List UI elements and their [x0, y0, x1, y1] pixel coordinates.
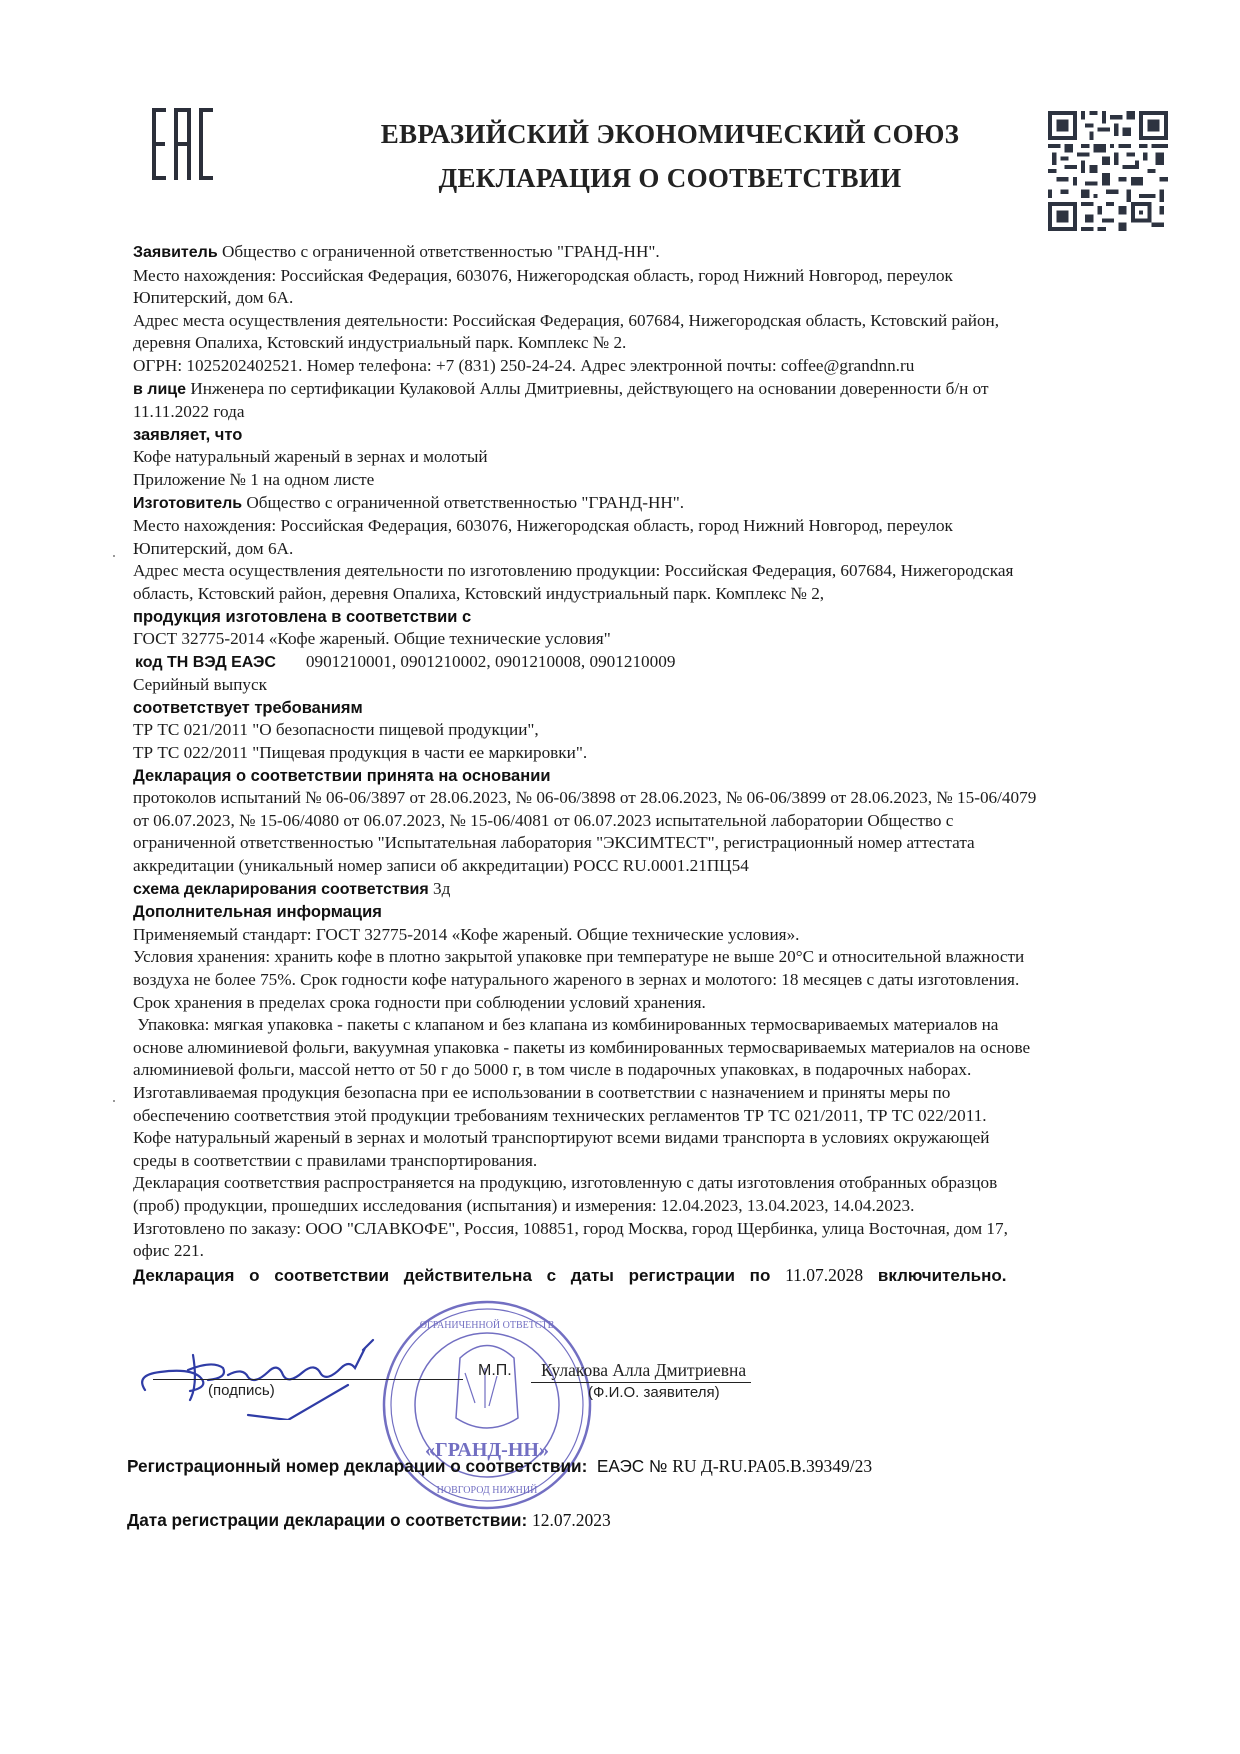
manufacturer-line: Изготовитель Общество с ограниченной отв…	[133, 492, 1203, 516]
represented-date: 11.11.2022 года	[133, 401, 1203, 424]
basis-line: ограниченной ответственностью "Испытател…	[133, 832, 1203, 855]
represented-line: в лице Инженера по сертификации Кулаково…	[133, 378, 1203, 402]
applicant-contacts: ОГРН: 1025202402521. Номер телефона: +7 …	[133, 355, 1203, 378]
document-title: ЕВРАЗИЙСКИЙ ЭКОНОМИЧЕСКИЙ СОЮЗ ДЕКЛАРАЦИ…	[300, 112, 1040, 200]
declares-label: заявляет, что	[133, 424, 1203, 447]
scan-speck	[113, 1100, 115, 1102]
appendix-note: Приложение № 1 на одном листе	[133, 469, 1203, 492]
requirement-item: ТР ТС 021/2011 "О безопасности пищевой п…	[133, 719, 1203, 742]
additional-line: Применяемый стандарт: ГОСТ 32775-2014 «К…	[133, 924, 1203, 947]
applicant-name: Общество с ограниченной ответственностью…	[222, 242, 660, 261]
applicant-activity-1: Адрес места осуществления деятельности: …	[133, 310, 1203, 333]
validity-statement: Декларация о соответствии действительна …	[133, 1265, 1203, 1286]
additional-line: обеспечению соответствия этой продукции …	[133, 1105, 1203, 1128]
additional-line: Кофе натуральный жареный в зернах и моло…	[133, 1127, 1203, 1150]
signatory-name: Кулакова Алла Дмитриевна	[531, 1360, 751, 1383]
eac-logo-icon	[152, 108, 214, 180]
product-name: Кофе натуральный жареный в зернах и моло…	[133, 446, 1203, 469]
manufacturer-location-2: Юпитерский, дом 6А.	[133, 538, 1203, 561]
registration-date-value: 12.07.2023	[532, 1510, 611, 1530]
validity-prefix: Декларация о соответствии действительна …	[133, 1266, 770, 1285]
manufacturer-production-1: Адрес места осуществления деятельности п…	[133, 560, 1203, 583]
additional-line: Изготавливаемая продукция безопасна при …	[133, 1082, 1203, 1105]
additional-line: Изготовлено по заказу: ООО "СЛАВКОФЕ", Р…	[133, 1218, 1203, 1241]
applicant-label: Заявитель	[133, 244, 218, 261]
additional-line: основе алюминиевой фольги, вакуумная упа…	[133, 1037, 1203, 1060]
additional-line: алюминиевой фольги, массой нетто от 50 г…	[133, 1059, 1203, 1082]
applicant-activity-2: деревня Опалиха, Кстовский индустриальны…	[133, 332, 1203, 355]
declaration-body: Заявитель Общество с ограниченной ответс…	[133, 241, 1203, 1286]
tn-ved-label: код ТН ВЭД ЕАЭС	[135, 652, 276, 675]
manufacturer-production-2: область, Кстовский район, деревня Опалих…	[133, 583, 1203, 606]
signature-line	[153, 1379, 463, 1380]
additional-line: офис 221.	[133, 1240, 1203, 1263]
registration-date-label: Дата регистрации декларации о соответств…	[127, 1510, 527, 1530]
registration-number-prefix: ЕАЭС №	[597, 1456, 668, 1476]
scheme-value: 3д	[433, 879, 450, 898]
represented-label: в лице	[133, 381, 186, 398]
manufacturer-name: Общество с ограниченной ответственностью…	[246, 493, 684, 512]
additional-line: воздуха не более 75%. Срок годности кофе…	[133, 969, 1203, 992]
registration-number-label: Регистрационный номер декларации о соотв…	[127, 1456, 587, 1476]
represented-text: Инженера по сертификации Кулаковой Аллы …	[190, 379, 988, 398]
seal-label: М.П.	[478, 1362, 512, 1380]
manufacturer-label: Изготовитель	[133, 495, 242, 512]
applicant-location-1: Место нахождения: Российская Федерация, …	[133, 265, 1203, 288]
qr-code-icon[interactable]	[1048, 110, 1168, 232]
produced-per-label: продукция изготовлена в соответствии с	[133, 606, 1203, 629]
registration-date-line: Дата регистрации декларации о соответств…	[127, 1510, 611, 1531]
signatory-caption: (Ф.И.О. заявителя)	[588, 1384, 720, 1401]
manufacturer-location-1: Место нахождения: Российская Федерация, …	[133, 515, 1203, 538]
additional-line: среды в соответствии с правилами транспо…	[133, 1150, 1203, 1173]
scan-speck	[113, 555, 115, 557]
validity-suffix: включительно.	[878, 1266, 1007, 1285]
declaration-title: ДЕКЛАРАЦИЯ О СООТВЕТСТВИИ	[300, 156, 1040, 200]
produced-per-standard: ГОСТ 32775-2014 «Кофе жареный. Общие тех…	[133, 628, 1203, 651]
validity-date: 11.07.2028	[785, 1265, 863, 1285]
svg-text:НОВГОРОД НИЖНИЙ: НОВГОРОД НИЖНИЙ	[437, 1484, 538, 1496]
handwritten-signature-icon	[133, 1330, 433, 1420]
tn-ved-codes: 0901210001, 0901210002, 0901210008, 0901…	[306, 651, 676, 674]
additional-label: Дополнительная информация	[133, 901, 1203, 924]
additional-line: Срок хранения в пределах срока годности …	[133, 992, 1203, 1015]
signature-caption: (подпись)	[208, 1382, 275, 1399]
tn-ved-row: код ТН ВЭД ЕАЭС 0901210001, 0901210002, …	[133, 651, 1203, 675]
release-type: Серийный выпуск	[133, 674, 1203, 697]
scheme-line: схема декларирования соответствия 3д	[133, 878, 1203, 902]
basis-line: аккредитации (уникальный номер записи об…	[133, 855, 1203, 878]
additional-line: Декларация соответствия распространяется…	[133, 1172, 1203, 1195]
basis-line: от 06.07.2023, № 15-06/4080 от 06.07.202…	[133, 810, 1203, 833]
requirements-label: соответствует требованиям	[133, 697, 1203, 720]
additional-line: (проб) продукции, прошедших исследования…	[133, 1195, 1203, 1218]
registration-number-value: RU Д-RU.PA05.B.39349/23	[672, 1456, 872, 1476]
svg-text:ОГРАНИЧЕННОЙ ОТВЕТСТВ: ОГРАНИЧЕННОЙ ОТВЕТСТВ	[420, 1319, 555, 1331]
additional-line: Условия хранения: хранить кофе в плотно …	[133, 946, 1203, 969]
requirement-item: ТР ТС 022/2011 "Пищевая продукция в част…	[133, 742, 1203, 765]
applicant-location-2: Юпитерский, дом 6А.	[133, 287, 1203, 310]
basis-label: Декларация о соответствии принята на осн…	[133, 765, 1203, 788]
scheme-label: схема декларирования соответствия	[133, 881, 429, 898]
additional-line: Упаковка: мягкая упаковка - пакеты с кла…	[133, 1014, 1203, 1037]
basis-line: протоколов испытаний № 06-06/3897 от 28.…	[133, 787, 1203, 810]
union-title: ЕВРАЗИЙСКИЙ ЭКОНОМИЧЕСКИЙ СОЮЗ	[300, 112, 1040, 156]
applicant-line: Заявитель Общество с ограниченной ответс…	[133, 241, 1203, 265]
registration-number-line: Регистрационный номер декларации о соотв…	[127, 1456, 872, 1477]
